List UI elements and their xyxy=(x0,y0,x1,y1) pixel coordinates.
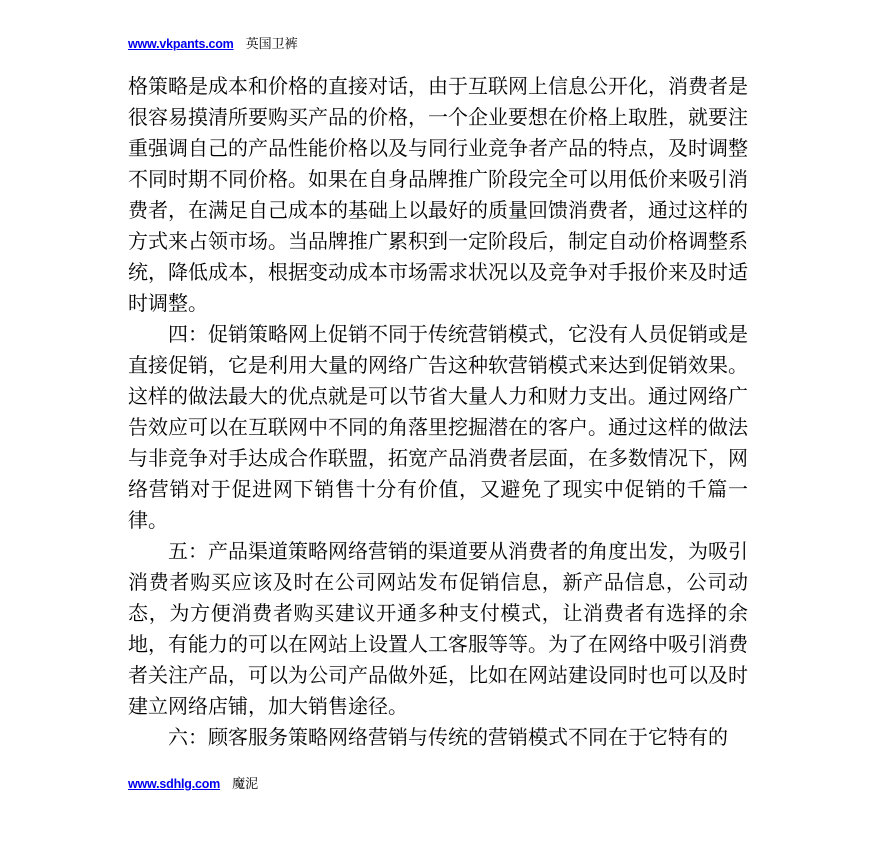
footer-brand-label: 魔泥 xyxy=(232,776,258,791)
footer-link[interactable]: www.sdhlg.com xyxy=(128,777,220,791)
paragraph-promotion-strategy: 四：促销策略网上促销不同于传统营销模式，它没有人员促销或是直接促销，它是利用大量… xyxy=(128,320,748,537)
header-brand-label: 英国卫裤 xyxy=(246,36,298,51)
paragraph-customer-service-strategy: 六：顾客服务策略网络营销与传统的营销模式不同在于它特有的 xyxy=(128,723,748,754)
page-footer: www.sdhlg.com魔泥 xyxy=(128,776,258,792)
page-header: www.vkpants.com英国卫裤 xyxy=(128,36,298,52)
document-body: 格策略是成本和价格的直接对话，由于互联网上信息公开化，消费者是很容易摸清所要购买… xyxy=(128,72,748,754)
header-link[interactable]: www.vkpants.com xyxy=(128,37,234,51)
document-page: www.vkpants.com英国卫裤 格策略是成本和价格的直接对话，由于互联网… xyxy=(0,0,870,842)
paragraph-channel-strategy: 五：产品渠道策略网络营销的渠道要从消费者的角度出发，为吸引消费者购买应该及时在公… xyxy=(128,537,748,723)
paragraph-price-strategy: 格策略是成本和价格的直接对话，由于互联网上信息公开化，消费者是很容易摸清所要购买… xyxy=(128,72,748,320)
